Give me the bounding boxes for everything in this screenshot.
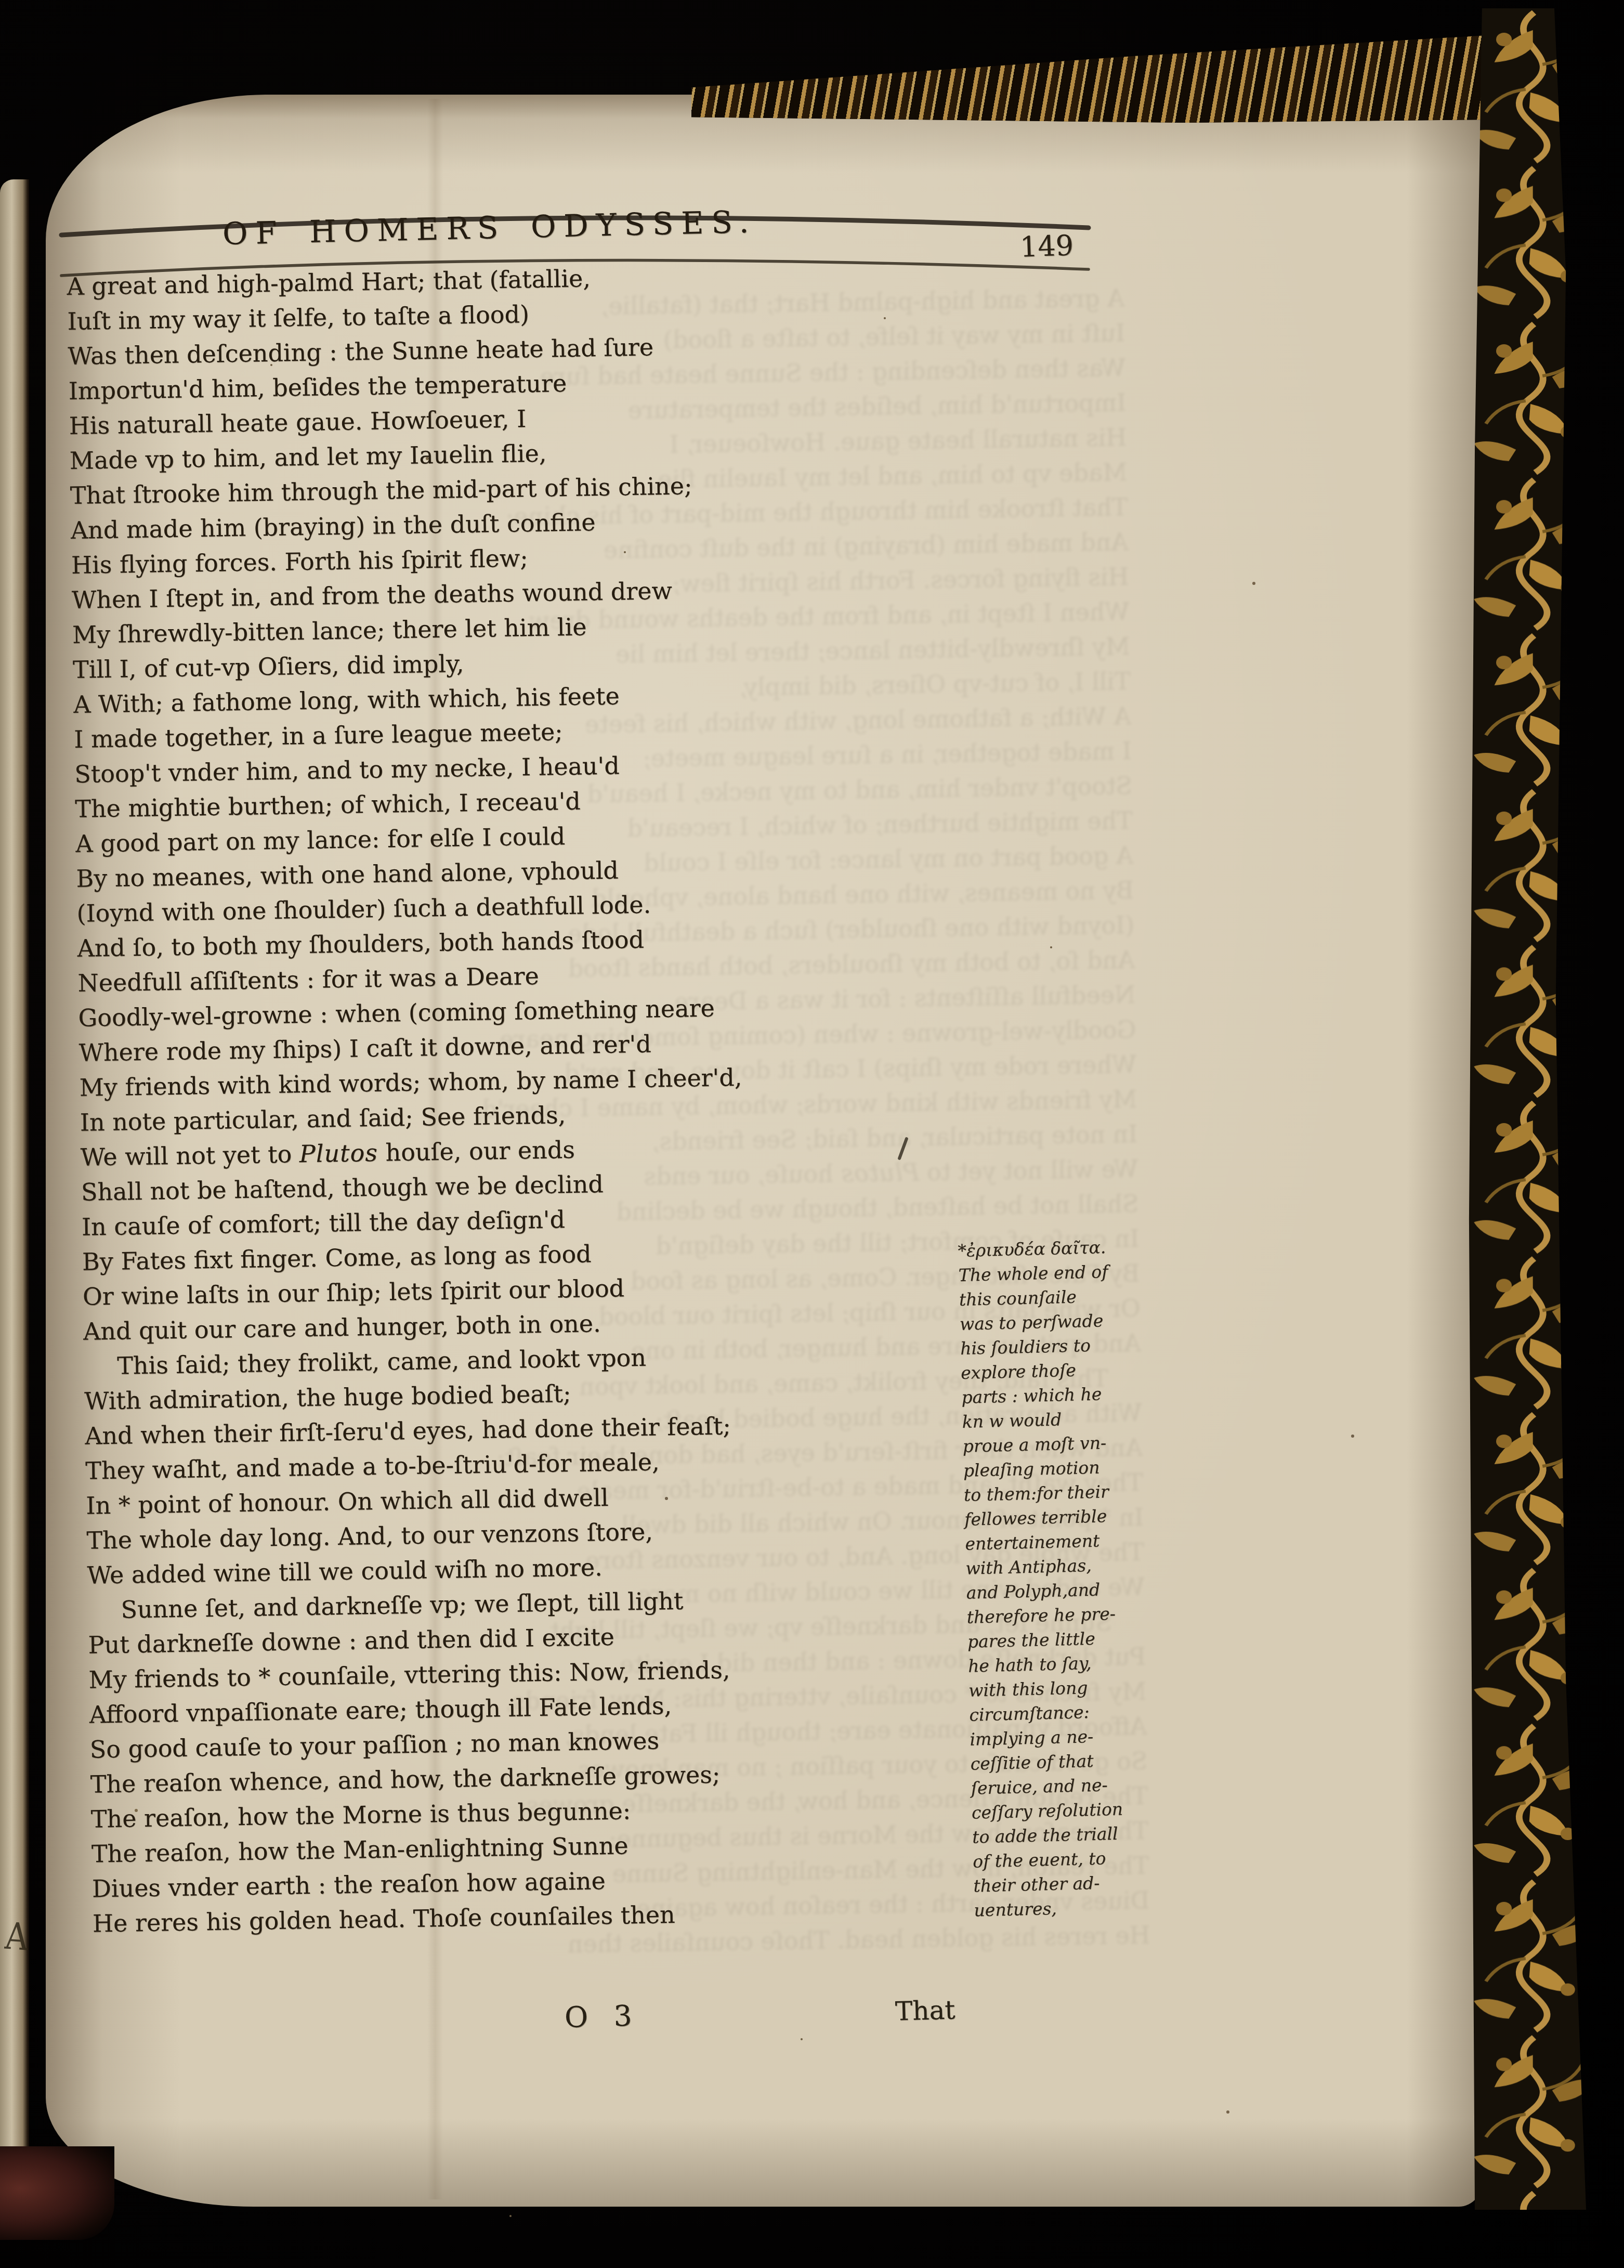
facing-page-letter: A — [4, 1914, 30, 1959]
margin-note-line: pleaſing motion — [963, 1454, 1124, 1483]
margin-note-line: parts : which he — [961, 1381, 1123, 1410]
gilt-vine-pattern — [1462, 8, 1606, 2210]
margin-note-line: explore thoſe — [961, 1357, 1122, 1385]
margin-note-line: with Antiphas, — [965, 1552, 1127, 1581]
margin-note-line: was to perſwade — [959, 1308, 1121, 1336]
margin-note-line: uentures, — [974, 1894, 1135, 1923]
margin-note-line: to adde the triall — [972, 1821, 1134, 1849]
facing-page-edge — [0, 179, 29, 2197]
margin-note-line: *ἐρικυδέα δαῖτα. — [958, 1234, 1119, 1263]
margin-note-line: pares the little — [967, 1625, 1129, 1654]
margin-note-line: he hath to ſay, — [968, 1650, 1130, 1678]
margin-note-line: ceſſitie of that — [970, 1748, 1132, 1776]
margin-note-line: ſeruice, and ne- — [971, 1772, 1132, 1801]
margin-note: *ἐρικυδέα δαῖτα.The whole end ofthis cou… — [958, 1234, 1135, 1922]
margin-note-line: and Polyph,and — [966, 1576, 1128, 1605]
catchword: That — [895, 1995, 955, 2026]
gilt-fore-edge — [1462, 8, 1606, 2210]
margin-note-line: therefore he pre- — [966, 1601, 1128, 1630]
margin-note-line: entertainement — [965, 1528, 1127, 1556]
margin-note-line: kn w would — [962, 1405, 1123, 1434]
margin-note-line: this counſaile — [959, 1283, 1120, 1312]
gilt-top-edge — [691, 30, 1544, 123]
margin-note-line: to them:for their — [963, 1479, 1125, 1507]
margin-note-line: with this long — [968, 1674, 1130, 1703]
poem-text: A great and high-palmd Hart; that (fatal… — [67, 255, 987, 1941]
margin-note-line: The whole end of — [958, 1259, 1120, 1287]
margin-note-line: his ſouldiers to — [960, 1332, 1122, 1361]
page-number: 149 — [1019, 229, 1074, 264]
margin-note-line: their other ad- — [973, 1870, 1135, 1898]
margin-note-line: circumſtance: — [969, 1699, 1131, 1727]
margin-note-line: of the euent, to — [973, 1845, 1134, 1874]
margin-note-line: fellowes terrible — [964, 1503, 1126, 1532]
margin-note-line: implying a ne- — [970, 1723, 1131, 1752]
margin-note-line: proue a moſt vn- — [962, 1430, 1124, 1458]
book-photo-scene: A A great and high-palmd Hart; that (fat… — [0, 0, 1624, 2268]
binding-tail — [0, 2146, 114, 2240]
margin-note-line: ceſſary reſolution — [971, 1796, 1133, 1825]
signature-mark: O 3 — [564, 1999, 640, 2034]
